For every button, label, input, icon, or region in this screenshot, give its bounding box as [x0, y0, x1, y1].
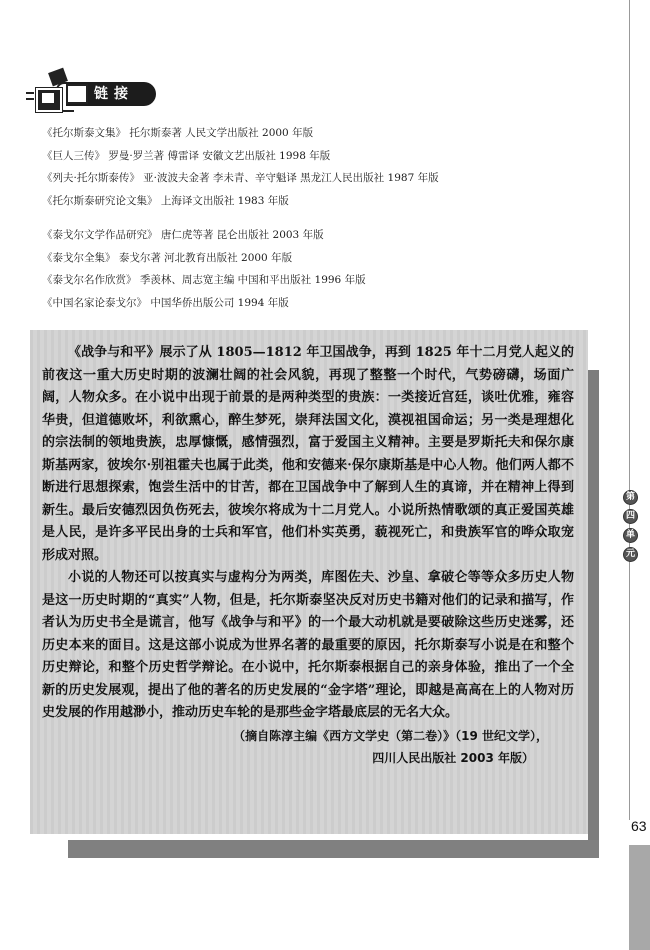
box-shadow-right: [588, 370, 599, 848]
reference-item: 《泰戈尔名作欣赏》 季羡林、周志宽主编 中国和平出版社 1996 年版: [42, 269, 439, 292]
reference-item: 《托尔斯泰研究论文集》 上海译文出版社 1983 年版: [42, 190, 439, 213]
unit-char: 单: [623, 528, 638, 543]
decor-dash: [26, 98, 34, 100]
reference-item: 《巨人三传》 罗曼·罗兰著 傅雷译 安徽文艺出版社 1998 年版: [42, 145, 439, 168]
unit-char: 四: [623, 509, 638, 524]
reference-item: 《列夫·托尔斯泰传》 亚·波波夫金著 李未青、辛守魁译 黑龙江人民出版社 198…: [42, 167, 439, 190]
box-shadow-bottom: [68, 840, 599, 858]
computer-icon: [66, 84, 88, 104]
margin-rule: [629, 0, 630, 820]
reference-item: 《中国名家论泰戈尔》 中国华侨出版公司 1994 年版: [42, 292, 439, 315]
decor-dash: [26, 92, 34, 94]
reference-item: 《泰戈尔文学作品研究》 唐仁虎等著 昆仑出版社 2003 年版: [42, 224, 439, 247]
page-edge-tab: [629, 845, 650, 950]
reference-item: 《托尔斯泰文集》 托尔斯泰著 人民文学出版社 2000 年版: [42, 122, 439, 145]
citation-line: 四川人民出版社 2003 年版）: [42, 747, 574, 770]
excerpt-paragraph: 《战争与和平》展示了从 1805—1812 年卫国战争，再到 1825 年十二月…: [42, 342, 574, 567]
unit-char: 元: [623, 547, 638, 562]
unit-char: 第: [623, 490, 638, 505]
reference-item: 《泰戈尔全集》 泰戈尔著 河北教育出版社 2000 年版: [42, 247, 439, 270]
link-section-badge: 链接: [26, 68, 156, 118]
excerpt-box: 《战争与和平》展示了从 1805—1812 年卫国战争，再到 1825 年十二月…: [30, 330, 588, 834]
unit-label: 第 四 单 元: [623, 490, 637, 566]
page-number: 63: [631, 818, 647, 834]
excerpt-paragraph: 小说的人物还可以按真实与虚构分为两类，库图佐夫、沙皇、拿破仑等等众多历史人物是这…: [42, 567, 574, 725]
computer-icon: [36, 88, 62, 112]
citation-line: （摘自陈淳主编《西方文学史（第二卷）》（19 世纪文学），: [42, 725, 574, 748]
reference-list: 《托尔斯泰文集》 托尔斯泰著 人民文学出版社 2000 年版 《巨人三传》 罗曼…: [42, 122, 439, 314]
